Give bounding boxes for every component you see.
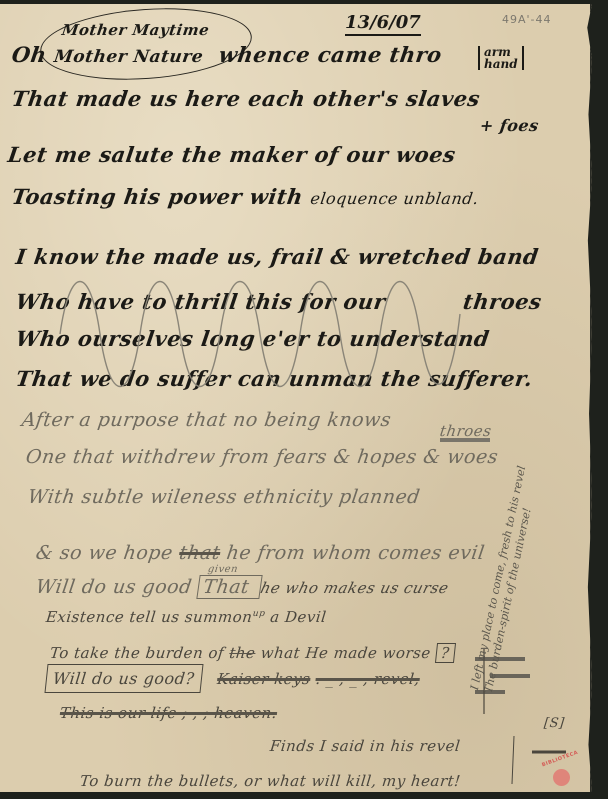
manuscript-page: 49A'-44 13/6/07 Mother Maytime Oh Mother…: [0, 4, 592, 792]
library-stamp: BIBLIOTECA: [539, 754, 583, 798]
editorial-marks: [0, 4, 590, 792]
stamp-seal-icon: [553, 769, 570, 786]
margin-mark: [S]: [543, 716, 565, 731]
